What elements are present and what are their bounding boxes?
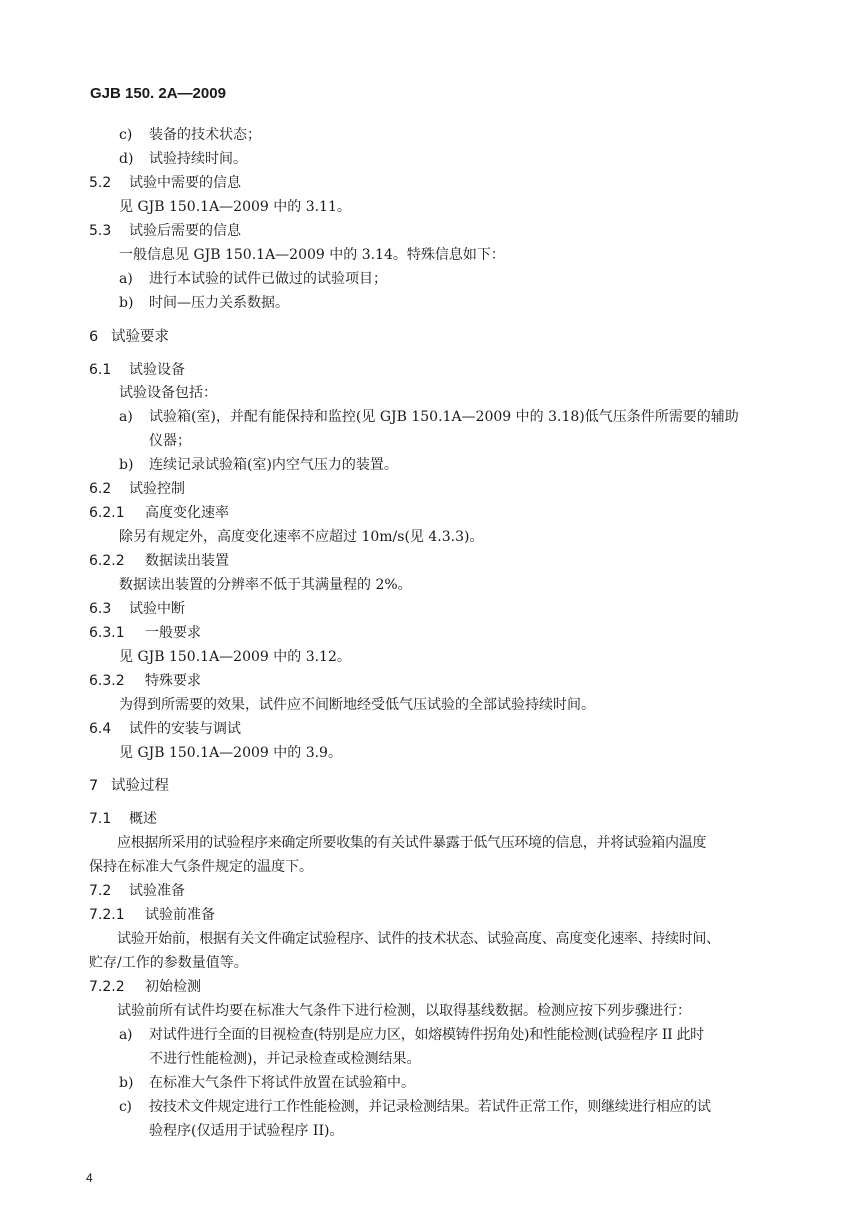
paragraph: 为得到所需要的效果，试件应不间断地经受低气压试验的全部试验持续时间。	[119, 695, 595, 715]
paragraph: 试验设备包括：	[119, 383, 217, 403]
section-title: 试验后需要的信息	[129, 223, 241, 239]
section-number: 6.1	[89, 360, 129, 380]
list-item-a: a)试验箱(室)，并配有能保持和监控(见 GJB 150.1A—2009 中的 …	[119, 407, 739, 427]
paragraph: 数据读出装置的分辨率不低于其满量程的 2%。	[119, 575, 412, 595]
list-item-text: 对试件进行全面的目视检查(特别是应力区，如熔模铸件拐角处)和性能检测(试验程序 …	[149, 1027, 704, 1043]
list-item-c: c)装备的技术状态；	[119, 125, 261, 145]
list-item-text: 装备的技术状态；	[149, 127, 261, 143]
list-item-text: 进行本试验的试件已做过的试验项目；	[149, 271, 387, 287]
list-item-b: b)连续记录试验箱(室)内空气压力的装置。	[119, 455, 398, 475]
list-item-text: 在标准大气条件下将试件放置在试验箱中。	[149, 1075, 415, 1091]
section-heading-7-1: 7.1概述	[89, 809, 157, 829]
section-number: 6.2	[89, 479, 129, 499]
subsection-heading-7-2-1: 7.2.1试验前准备	[89, 905, 215, 925]
chapter-title: 试验要求	[111, 329, 169, 345]
section-title: 概述	[129, 811, 157, 827]
section-number: 7.2.2	[89, 977, 145, 997]
section-title: 一般要求	[145, 625, 201, 641]
paragraph: 试验开始前，根据有关文件确定试验程序、试件的技术状态、试验高度、高度变化速率、持…	[117, 929, 720, 949]
list-item-text: 连续记录试验箱(室)内空气压力的装置。	[149, 457, 398, 473]
list-item-continuation: 不进行性能检测)，并记录检查或检测结果。	[149, 1049, 420, 1069]
section-number: 7.2.1	[89, 905, 145, 925]
list-marker: d)	[119, 149, 149, 169]
list-marker: b)	[119, 293, 149, 313]
list-item-a: a)对试件进行全面的目视检查(特别是应力区，如熔模铸件拐角处)和性能检测(试验程…	[119, 1025, 704, 1045]
list-marker: c)	[119, 1097, 149, 1117]
document-header-id: GJB 150. 2A—2009	[90, 84, 226, 104]
chapter-title: 试验过程	[111, 778, 169, 794]
section-number: 7.1	[89, 809, 129, 829]
section-number: 6.2.2	[89, 551, 145, 571]
paragraph: 见 GJB 150.1A—2009 中的 3.11。	[119, 197, 351, 217]
list-item-text: 按技术文件规定进行工作性能检测，并记录检测结果。若试件正常工作，则继续进行相应的…	[149, 1099, 711, 1115]
list-item-continuation: 仪器；	[149, 431, 191, 451]
list-marker: c)	[119, 125, 149, 145]
section-heading-5-2: 5.2试验中需要的信息	[89, 173, 241, 193]
list-marker: b)	[119, 455, 149, 475]
paragraph: 除另有规定外，高度变化速率不应超过 10m/s(见 4.3.3)。	[119, 527, 483, 547]
section-heading-6-4: 6.4试件的安装与调试	[89, 719, 241, 739]
paragraph: 见 GJB 150.1A—2009 中的 3.9。	[119, 743, 342, 763]
section-title: 试件的安装与调试	[129, 721, 241, 737]
section-number: 6.3	[89, 599, 129, 619]
list-item-a: a)进行本试验的试件已做过的试验项目；	[119, 269, 387, 289]
subsection-heading-7-2-2: 7.2.2初始检测	[89, 977, 201, 997]
list-item-continuation: 验程序(仅适用于试验程序 II)。	[149, 1121, 343, 1141]
section-heading-5-3: 5.3试验后需要的信息	[89, 221, 241, 241]
section-title: 高度变化速率	[145, 505, 229, 521]
list-item-d: d)试验持续时间。	[119, 149, 247, 169]
section-title: 试验中需要的信息	[129, 175, 241, 191]
section-title: 数据读出装置	[145, 553, 229, 569]
list-item-text: 试验箱(室)，并配有能保持和监控(见 GJB 150.1A—2009 中的 3.…	[149, 409, 739, 425]
section-number: 6.3.1	[89, 623, 145, 643]
section-title: 试验设备	[129, 362, 185, 378]
section-number: 7.2	[89, 881, 129, 901]
section-title: 试验准备	[129, 883, 185, 899]
paragraph-continuation: 保持在标准大气条件规定的温度下。	[89, 857, 313, 877]
section-number: 6.2.1	[89, 503, 145, 523]
section-heading-7-2: 7.2试验准备	[89, 881, 185, 901]
paragraph: 见 GJB 150.1A—2009 中的 3.12。	[119, 647, 351, 667]
paragraph: 应根据所采用的试验程序来确定所要收集的有关试件暴露于低气压环境的信息，并将试验箱…	[117, 833, 706, 853]
chapter-number: 6	[89, 327, 111, 347]
subsection-heading-6-2-1: 6.2.1高度变化速率	[89, 503, 229, 523]
section-title: 试验中断	[129, 601, 185, 617]
chapter-heading-7: 7试验过程	[89, 776, 169, 796]
section-number: 5.2	[89, 173, 129, 193]
list-item-b: b)时间—压力关系数据。	[119, 293, 289, 313]
list-item-c: c)按技术文件规定进行工作性能检测，并记录检测结果。若试件正常工作，则继续进行相…	[119, 1097, 711, 1117]
paragraph: 一般信息见 GJB 150.1A—2009 中的 3.14。特殊信息如下：	[119, 245, 505, 265]
section-number: 6.3.2	[89, 671, 145, 691]
chapter-heading-6: 6试验要求	[89, 327, 169, 347]
section-title: 初始检测	[145, 979, 201, 995]
section-title: 试验前准备	[145, 907, 215, 923]
subsection-heading-6-3-1: 6.3.1一般要求	[89, 623, 201, 643]
section-title: 试验控制	[129, 481, 185, 497]
document-page: GJB 150. 2A—2009 c)装备的技术状态； d)试验持续时间。 5.…	[0, 0, 853, 1228]
subsection-heading-6-2-2: 6.2.2数据读出装置	[89, 551, 229, 571]
chapter-number: 7	[89, 776, 111, 796]
subsection-heading-6-3-2: 6.3.2特殊要求	[89, 671, 201, 691]
section-heading-6-1: 6.1试验设备	[89, 360, 185, 380]
section-heading-6-3: 6.3试验中断	[89, 599, 185, 619]
page-number: 4	[86, 1168, 93, 1188]
section-number: 5.3	[89, 221, 129, 241]
list-marker: b)	[119, 1073, 149, 1093]
section-title: 特殊要求	[145, 673, 201, 689]
paragraph-continuation: 贮存/工作的参数量值等。	[89, 953, 248, 973]
list-marker: a)	[119, 407, 149, 427]
list-marker: a)	[119, 269, 149, 289]
list-item-text: 时间—压力关系数据。	[149, 295, 289, 311]
list-item-b: b)在标准大气条件下将试件放置在试验箱中。	[119, 1073, 415, 1093]
paragraph: 试验前所有试件均要在标准大气条件下进行检测，以取得基线数据。检测应按下列步骤进行…	[117, 1001, 691, 1021]
section-heading-6-2: 6.2试验控制	[89, 479, 185, 499]
list-item-text: 试验持续时间。	[149, 151, 247, 167]
list-marker: a)	[119, 1025, 149, 1045]
section-number: 6.4	[89, 719, 129, 739]
